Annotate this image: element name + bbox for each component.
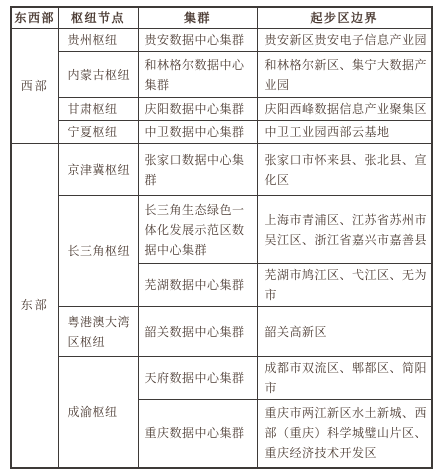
table-row: 长三角枢纽 长三角生态绿色一体化发展示范区数据中心集群 上海市青浦区、江苏省苏州… <box>11 196 432 264</box>
hub-cell: 内蒙古枢纽 <box>58 52 138 98</box>
cluster-cell: 张家口数据中心集群 <box>138 144 257 196</box>
boundary-cell: 韶关高新区 <box>257 307 432 357</box>
hub-cell: 粤港澳大湾区枢纽 <box>58 307 138 357</box>
hub-cell: 长三角枢纽 <box>58 196 138 307</box>
table-row: 东部 京津冀枢纽 张家口数据中心集群 张家口市怀来县、张北县、宣化区 <box>11 144 432 196</box>
cluster-cell: 长三角生态绿色一体化发展示范区数据中心集群 <box>138 196 257 264</box>
header-cluster: 集群 <box>138 7 257 29</box>
cluster-cell: 和林格尔数据中心集群 <box>138 52 257 98</box>
table-row: 甘肃枢纽 庆阳数据中心集群 庆阳西峰数据信息产业聚集区 <box>11 98 432 121</box>
hub-cell: 贵州枢纽 <box>58 29 138 52</box>
cluster-cell: 韶关数据中心集群 <box>138 307 257 357</box>
cluster-cell: 天府数据中心集群 <box>138 357 257 400</box>
cluster-cell: 庆阳数据中心集群 <box>138 98 257 121</box>
hub-cell: 京津冀枢纽 <box>58 144 138 196</box>
boundary-cell: 张家口市怀来县、张北县、宣化区 <box>257 144 432 196</box>
header-boundary: 起步区边界 <box>257 7 432 29</box>
header-hub: 枢纽节点 <box>58 7 138 29</box>
table-row: 西部 贵州枢纽 贵安数据中心集群 贵安新区贵安电子信息产业园 <box>11 29 432 52</box>
boundary-cell: 上海市青浦区、江苏省苏州市吴江区、浙江省嘉兴市嘉善县 <box>257 196 432 264</box>
cluster-cell: 贵安数据中心集群 <box>138 29 257 52</box>
boundary-cell: 和林格尔新区、集宁大数据产业园 <box>257 52 432 98</box>
boundary-cell: 成都市双流区、郫都区、简阳市 <box>257 357 432 400</box>
header-row: 东西部 枢纽节点 集群 起步区边界 <box>11 7 432 29</box>
hub-cell: 宁夏枢纽 <box>58 121 138 144</box>
hub-node-table: 东西部 枢纽节点 集群 起步区边界 西部 贵州枢纽 贵安数据中心集群 贵安新区贵… <box>10 6 433 469</box>
boundary-cell: 重庆市两江新区水土新城、西部（重庆）科学城璧山片区、重庆经济技术开发区 <box>257 400 432 468</box>
table-row: 粤港澳大湾区枢纽 韶关数据中心集群 韶关高新区 <box>11 307 432 357</box>
table-row: 成渝枢纽 天府数据中心集群 成都市双流区、郫都区、简阳市 <box>11 357 432 400</box>
boundary-cell: 贵安新区贵安电子信息产业园 <box>257 29 432 52</box>
cluster-cell: 中卫数据中心集群 <box>138 121 257 144</box>
boundary-cell: 庆阳西峰数据信息产业聚集区 <box>257 98 432 121</box>
cluster-cell: 芜湖数据中心集群 <box>138 264 257 307</box>
hub-node-table-container: 东西部 枢纽节点 集群 起步区边界 西部 贵州枢纽 贵安数据中心集群 贵安新区贵… <box>10 6 433 469</box>
region-cell-west: 西部 <box>11 29 58 144</box>
boundary-cell: 中卫工业园西部云基地 <box>257 121 432 144</box>
table-row: 内蒙古枢纽 和林格尔数据中心集群 和林格尔新区、集宁大数据产业园 <box>11 52 432 98</box>
header-region: 东西部 <box>11 7 58 29</box>
cluster-cell: 重庆数据中心集群 <box>138 400 257 468</box>
region-cell-east: 东部 <box>11 144 58 468</box>
table-row: 宁夏枢纽 中卫数据中心集群 中卫工业园西部云基地 <box>11 121 432 144</box>
hub-cell: 成渝枢纽 <box>58 357 138 468</box>
boundary-cell: 芜湖市鸠江区、弋江区、无为市 <box>257 264 432 307</box>
hub-cell: 甘肃枢纽 <box>58 98 138 121</box>
